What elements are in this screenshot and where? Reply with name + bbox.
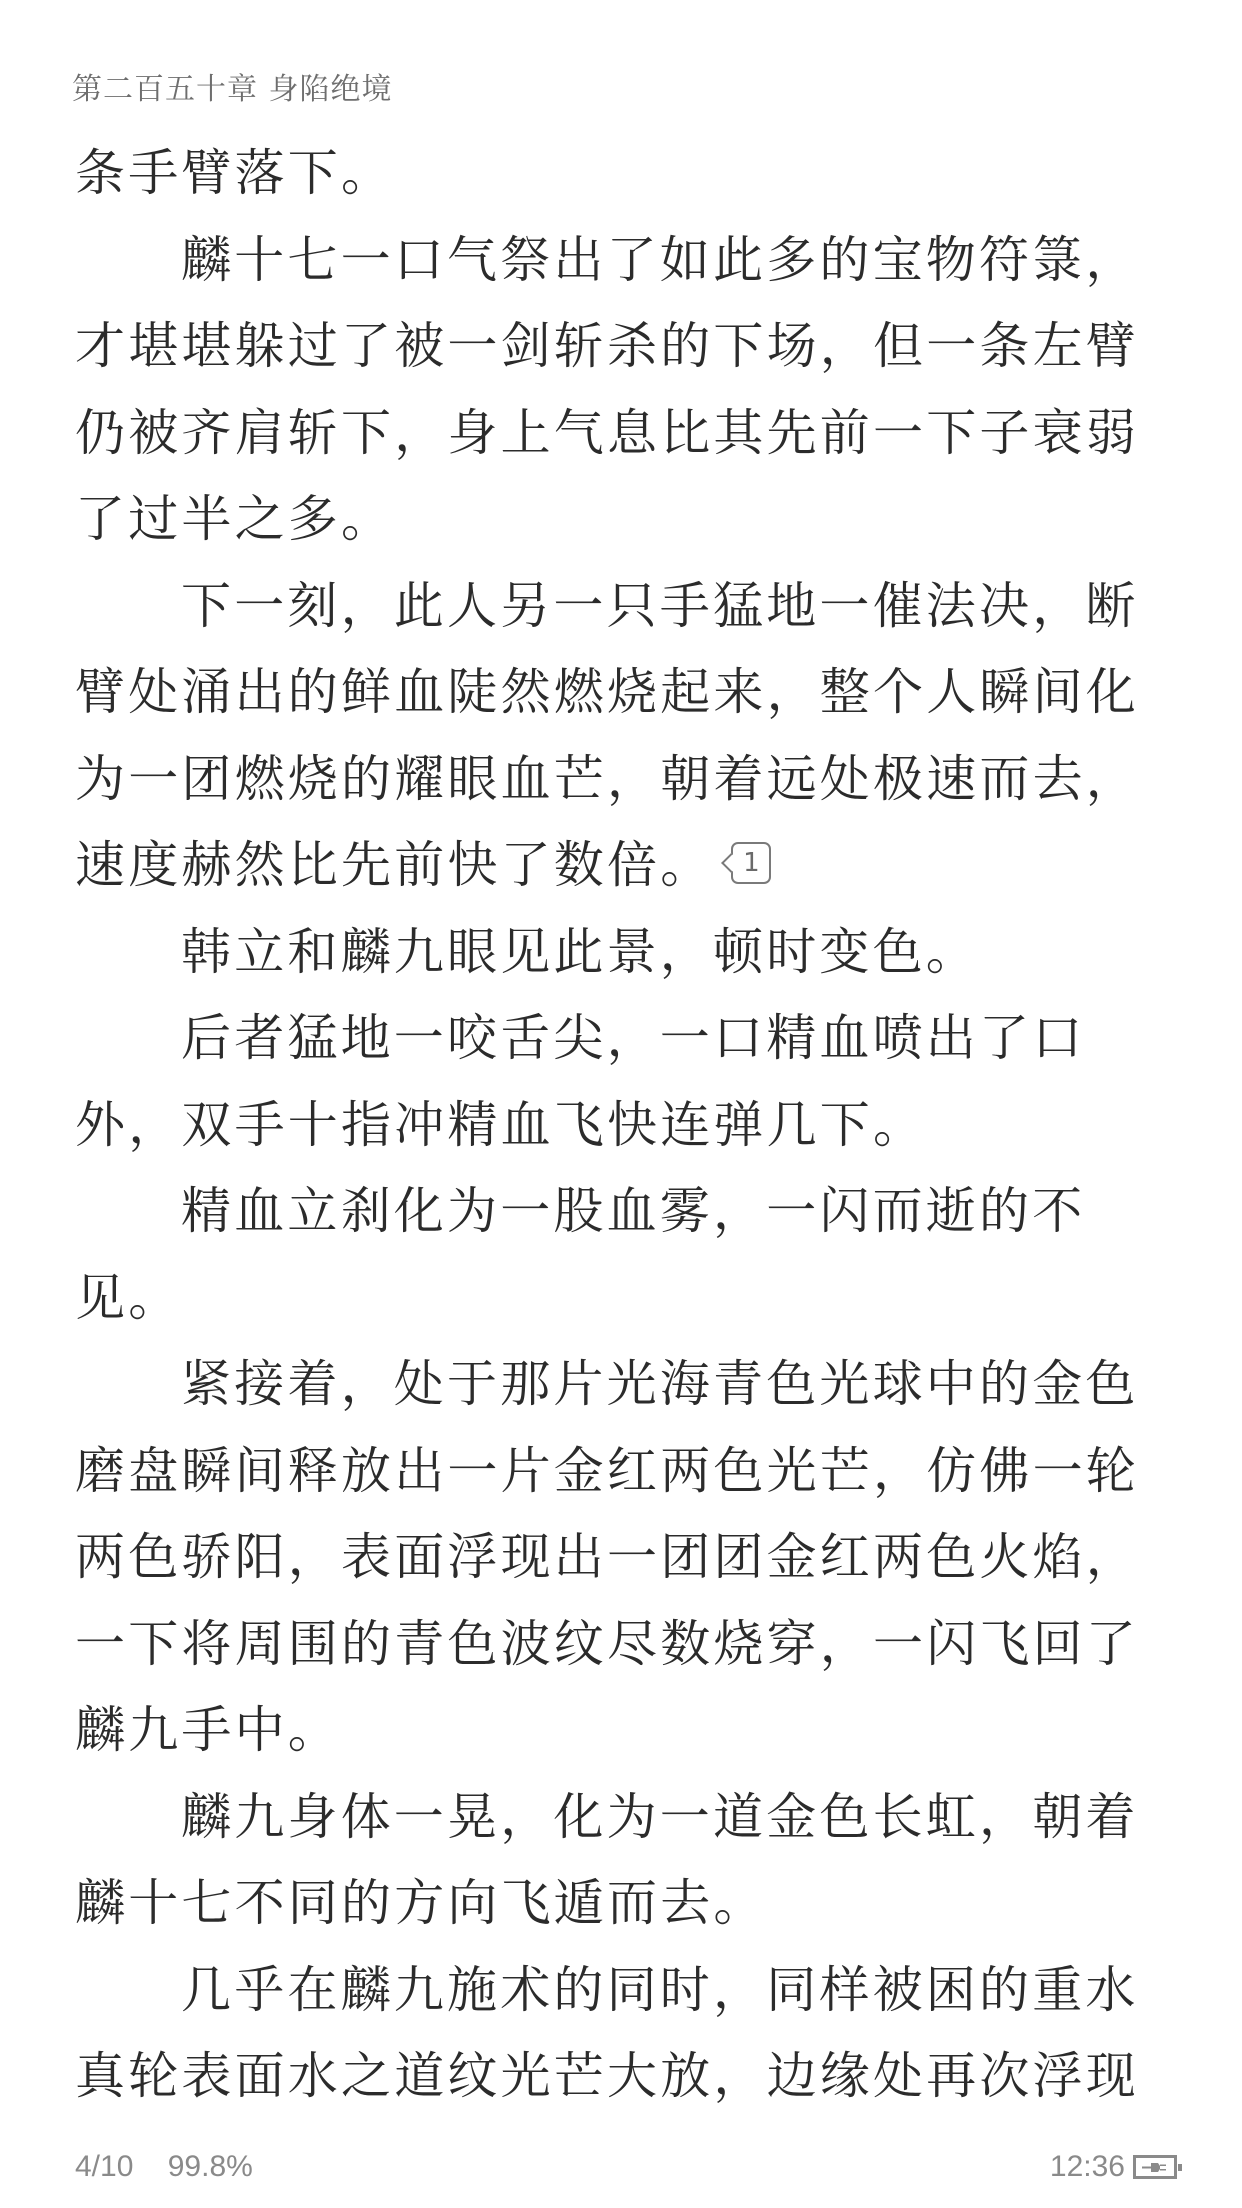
paragraph: 下一刻，此人另一只手猛地一催法决，断臂处涌出的鲜血陡然燃烧起来，整个人瞬间化为一… — [75, 563, 1185, 909]
footnote-marker[interactable]: 1 — [731, 842, 771, 884]
paragraph: 精血立刹化为一股血雾，一闪而逝的不见。 — [75, 1168, 1185, 1341]
paragraph-text: 下一刻，此人另一只手猛地一催法决，断臂处涌出的鲜血陡然燃烧起来，整个人瞬间化为一… — [75, 577, 1139, 895]
battery-charging-icon — [1133, 2155, 1177, 2179]
plug-icon — [1142, 2163, 1168, 2172]
paragraph: 后者猛地一咬舌尖，一口精血喷出了口外，双手十指冲精血飞快连弹几下。 — [75, 995, 1185, 1168]
paragraph: 条手臂落下。 — [75, 130, 1185, 217]
chapter-title: 第二百五十章 身陷绝境 — [72, 64, 393, 108]
progress-percent: 99.8% — [168, 2150, 253, 2183]
reading-content[interactable]: 条手臂落下。 麟十七一口气祭出了如此多的宝物符箓，才堪堪躲过了被一剑斩杀的下场，… — [75, 130, 1185, 2120]
clock-time: 12:36 — [1050, 2150, 1125, 2184]
paragraph: 几乎在麟九施术的同时，同样被困的重水真轮表面水之道纹光芒大放，边缘处再次浮现 — [75, 1947, 1185, 2120]
paragraph: 麟十七一口气祭出了如此多的宝物符箓，才堪堪躲过了被一剑斩杀的下场，但一条左臂仍被… — [75, 217, 1185, 563]
paragraph: 韩立和麟九眼见此景，顿时变色。 — [75, 909, 1185, 996]
page-indicator: 4/10 — [75, 2150, 133, 2183]
paragraph: 紧接着，处于那片光海青色光球中的金色磨盘瞬间释放出一片金红两色光芒，仿佛一轮两色… — [75, 1341, 1185, 1774]
paragraph: 麟九身体一晃，化为一道金色长虹，朝着麟十七不同的方向飞遁而去。 — [75, 1774, 1185, 1947]
status-footer: 4/10 99.8% 12:36 — [0, 2150, 1242, 2190]
